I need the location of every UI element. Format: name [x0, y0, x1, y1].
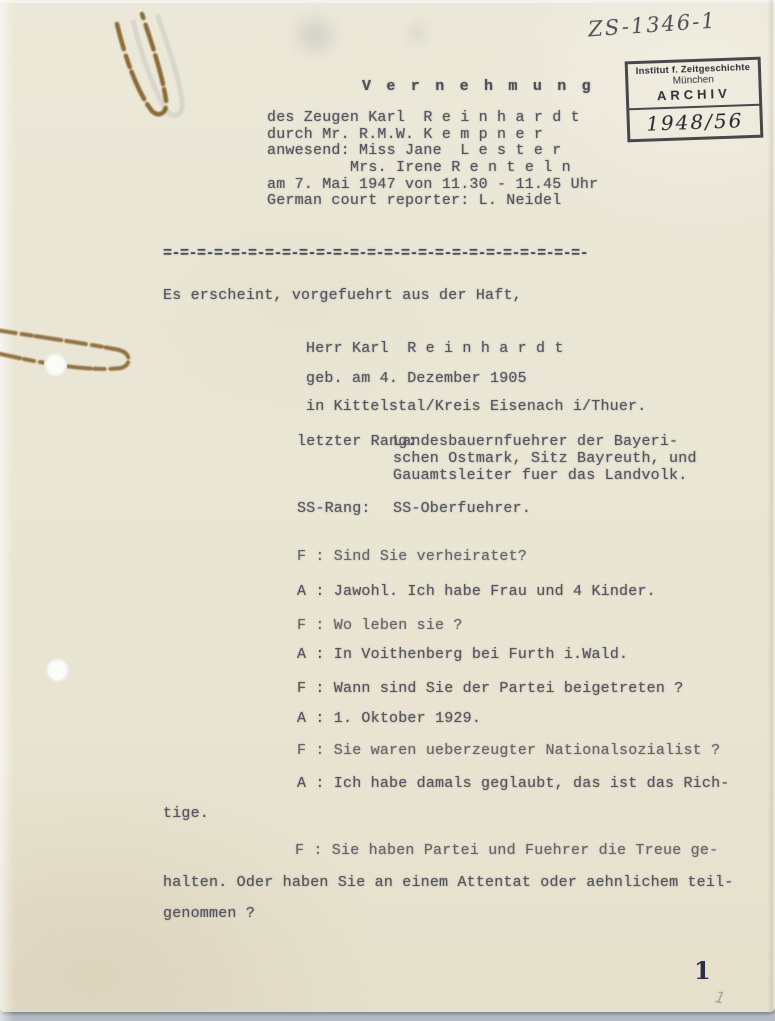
- qa-line: F : Wo leben sie ?: [297, 618, 463, 635]
- header-line: des Zeugen Karl R e i n h a r d t: [267, 110, 580, 127]
- qa-line: F : Sie haben Partei und Fuehrer die Tre…: [295, 843, 718, 860]
- person-place-line: in Kittelstal/Kreis Eisenach i/Thuer.: [306, 399, 646, 416]
- wrap-line: tige.: [163, 806, 209, 823]
- hole-punch-bottom: [46, 658, 69, 682]
- smudge-mark: [395, 10, 440, 55]
- qa-line: A : 1. Oktober 1929.: [297, 711, 481, 728]
- document-title: V e r n e h m u n g: [362, 79, 594, 96]
- page-number: 1: [694, 956, 711, 985]
- hole-punch-top: [44, 353, 67, 377]
- intro-line: Es erscheint, vorgefuehrt aus der Haft,: [163, 288, 522, 305]
- paper-edge-shadow: [767, 0, 773, 1012]
- ss-rank-label: SS-Rang:: [297, 501, 371, 518]
- paper-edge-highlight: [0, 0, 14, 1021]
- qa-line: F : Wann sind Sie der Partei beigetreten…: [297, 681, 683, 698]
- archive-stamp: Institut f. Zeitgeschichte München ARCHI…: [625, 57, 764, 142]
- wrap-line: halten. Oder haben Sie an einem Attentat…: [163, 875, 734, 892]
- person-birth-line: geb. am 4. Dezember 1905: [306, 371, 527, 388]
- stamp-number-handwritten: 1948/56: [631, 105, 758, 137]
- header-line: anwesend: Miss Jane L e s t e r: [267, 143, 561, 160]
- person-name-line: Herr Karl R e i n h a r d t: [306, 341, 564, 358]
- scanned-document: ZS-1346-1 Institut f. Zeitgeschichte Mün…: [0, 0, 775, 1021]
- rank-value-line: Landesbauernfuehrer der Bayeri-: [393, 434, 678, 451]
- qa-line: A : Ich habe damals geglaubt, das ist da…: [297, 776, 729, 793]
- smudge-mark: [278, 0, 353, 70]
- header-line: German court reporter: L. Neidel: [267, 193, 561, 210]
- qa-line: F : Sind Sie verheiratet?: [297, 549, 527, 566]
- rank-value-line: schen Ostmark, Sitz Bayreuth, und: [393, 451, 697, 468]
- header-line: Mrs. Irene R e n t e l n: [350, 160, 571, 177]
- rank-value-line: Gauamtsleiter fuer das Landvolk.: [393, 468, 687, 485]
- wrap-line: genommen ?: [163, 906, 255, 923]
- ss-rank-value: SS-Oberfuehrer.: [393, 501, 531, 518]
- qa-line: F : Sie waren ueberzeugter Nationalsozia…: [297, 743, 720, 760]
- qa-line: A : Jawohl. Ich habe Frau und 4 Kinder.: [297, 584, 656, 601]
- separator-line: =-=-=-=-=-=-=-=-=-=-=-=-=-=-=-=-=-=-=-=-…: [163, 246, 588, 263]
- qa-line: A : In Voithenberg bei Furth i.Wald.: [297, 647, 628, 664]
- scan-edge-top: [0, 0, 775, 3]
